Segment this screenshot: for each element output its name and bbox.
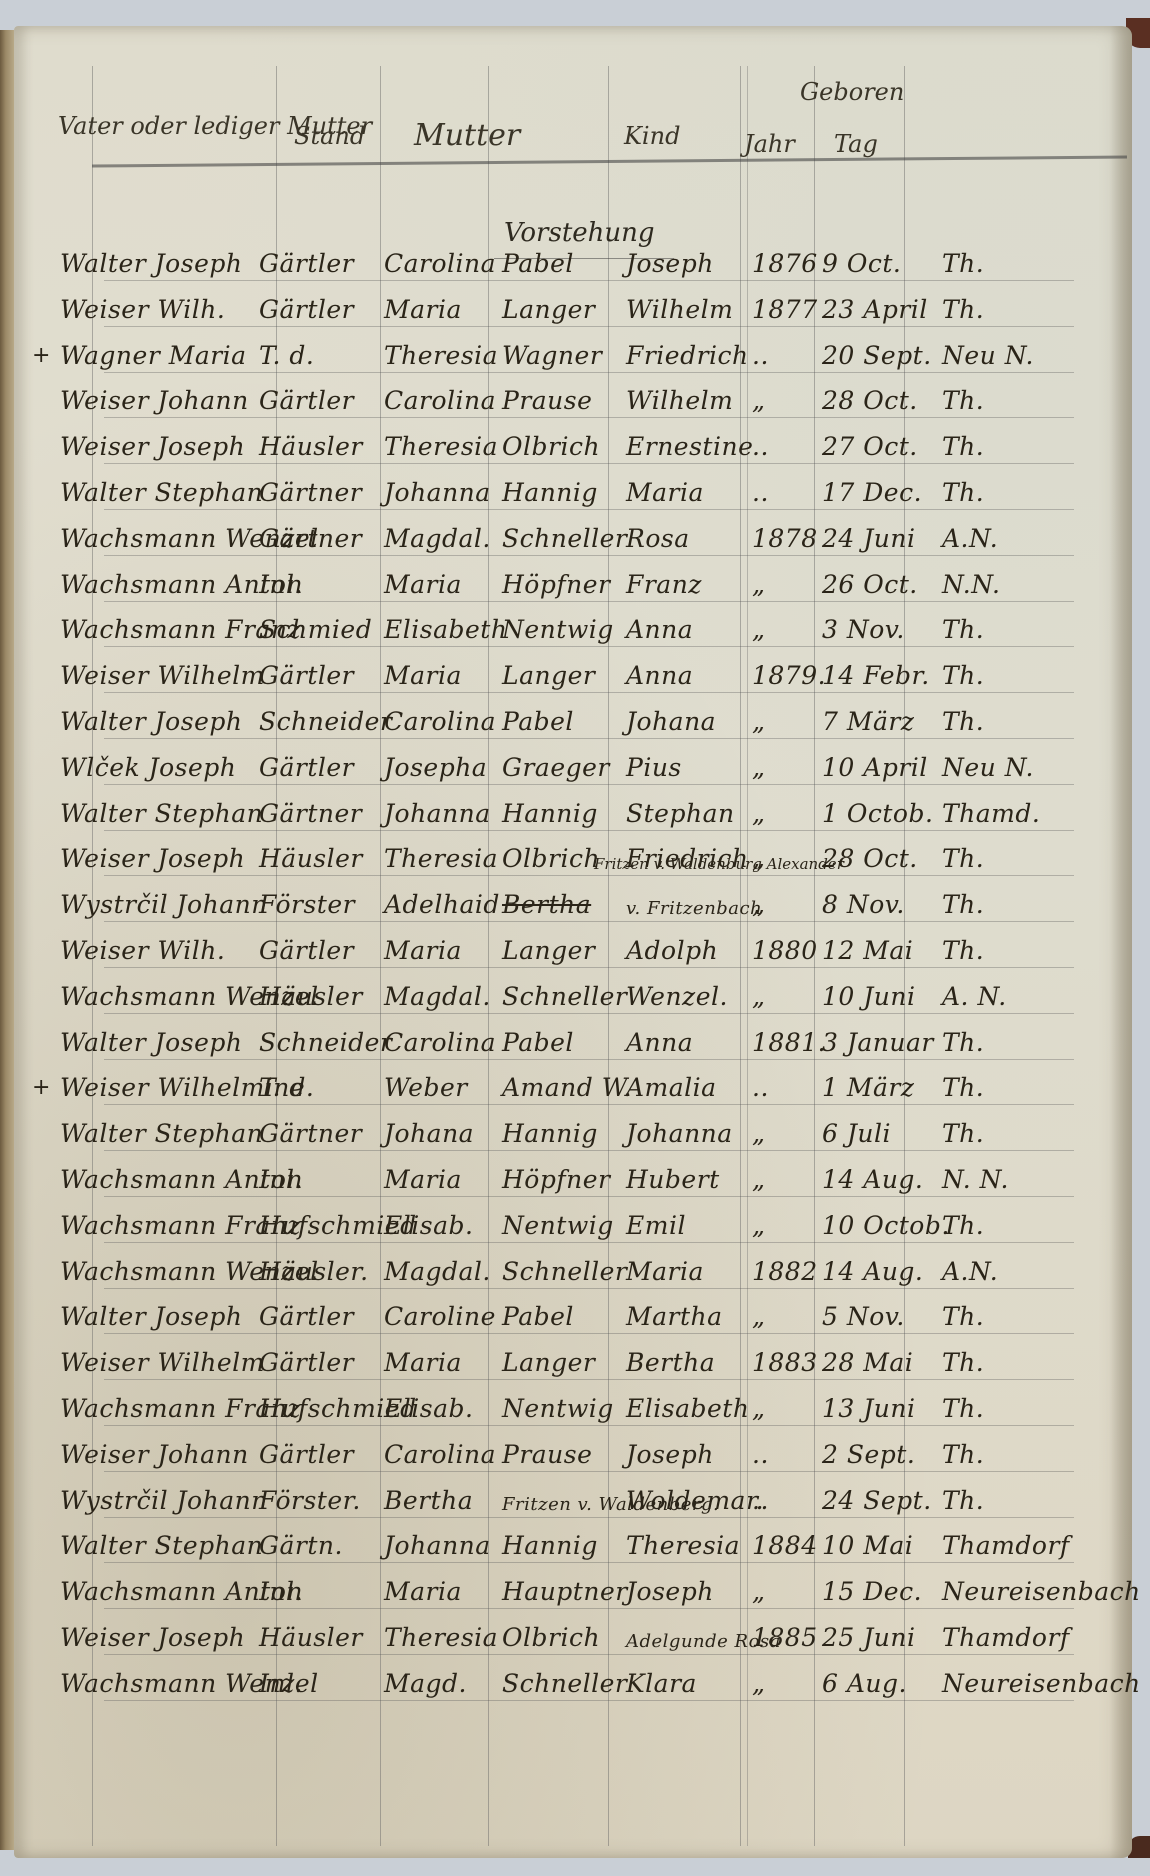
birth-year: .. bbox=[752, 1486, 820, 1515]
mother-first-name: Carolina bbox=[384, 707, 504, 736]
row-marker: + bbox=[32, 343, 50, 368]
birth-place: Th. bbox=[942, 936, 1122, 965]
mother-first-name: Elisabeth bbox=[384, 615, 504, 644]
table-row: Weiser WilhelmGärtlerMariaLangerAnna1879… bbox=[14, 646, 1132, 696]
mother-first-name: Carolina bbox=[384, 386, 504, 415]
birth-place: Thamd. bbox=[942, 799, 1122, 828]
birth-year: „ bbox=[752, 982, 820, 1011]
birth-year: „ bbox=[752, 570, 820, 599]
birth-year: „ bbox=[752, 1211, 820, 1240]
father-occupation: Hufschmied bbox=[259, 1394, 384, 1423]
table-row: Wachsmann AntonInl.MariaHöpfnerFranz„26 … bbox=[14, 555, 1132, 605]
child-name: Elisabeth bbox=[626, 1394, 746, 1423]
birth-year: .. bbox=[752, 1440, 820, 1469]
birth-day: 28 Oct. bbox=[822, 386, 937, 415]
birth-day: 28 Mai bbox=[822, 1348, 937, 1377]
father-name: Weiser Wilhelm bbox=[60, 661, 250, 690]
mother-first-name: Maria bbox=[384, 1165, 504, 1194]
birth-year: 1879. bbox=[752, 661, 820, 690]
birth-day: 2 Sept. bbox=[822, 1440, 937, 1469]
child-name: Woldemar. bbox=[626, 1486, 746, 1515]
mother-first-name: Maria bbox=[384, 570, 504, 599]
father-occupation: Häusler bbox=[259, 432, 384, 461]
birth-day: 27 Oct. bbox=[822, 432, 937, 461]
mother-last-name: Amand W. bbox=[502, 1073, 622, 1102]
table-row: Walter StephanGärtnerJohannaHannigMaria.… bbox=[14, 463, 1132, 513]
row-rule bbox=[104, 1700, 1074, 1701]
birth-year: „ bbox=[752, 1302, 820, 1331]
inserted-correction-note: Fritzen v. Waldenburg Alexander bbox=[594, 855, 844, 873]
father-occupation: Förster bbox=[259, 890, 384, 919]
child-name: Emil bbox=[626, 1211, 746, 1240]
father-name: Wystrčil Johann bbox=[60, 1486, 250, 1515]
table-row: Wlček JosephGärtlerJosephaGraegerPius„10… bbox=[14, 738, 1132, 788]
father-occupation: Gärtler bbox=[259, 936, 384, 965]
father-name: Wachsmann Wenzel bbox=[60, 982, 250, 1011]
mother-last-name: Pabel bbox=[502, 707, 622, 736]
father-occupation: T. d. bbox=[259, 341, 384, 370]
mother-first-name: Elisab. bbox=[384, 1211, 504, 1240]
birth-year: .. bbox=[752, 478, 820, 507]
table-row: Weiser JosephHäuslerTheresiaOlbrichFried… bbox=[14, 829, 1132, 879]
mother-first-name: Carolina bbox=[384, 1440, 504, 1469]
mother-last-name: Prause bbox=[502, 386, 622, 415]
mother-first-name: Magdal. bbox=[384, 524, 504, 553]
father-occupation: Gärtn. bbox=[259, 1531, 384, 1560]
mother-last-name: Hannig bbox=[502, 799, 622, 828]
book-spine-edge bbox=[0, 30, 14, 1850]
father-name: Wachsmann Franz bbox=[60, 1394, 250, 1423]
father-name: Wachsmann Anton bbox=[60, 1165, 250, 1194]
child-name: Wilhelm bbox=[626, 295, 746, 324]
birth-day: 14 Febr. bbox=[822, 661, 937, 690]
child-name: Adolph bbox=[626, 936, 746, 965]
father-occupation: Gärtner bbox=[259, 524, 384, 553]
child-name: Klara bbox=[626, 1669, 746, 1698]
father-name: Wachsmann Wenzel bbox=[60, 1669, 250, 1698]
birth-day: 1 März bbox=[822, 1073, 937, 1102]
father-occupation: Förster. bbox=[259, 1486, 384, 1515]
birth-year: 1877 bbox=[752, 295, 820, 324]
birth-year: 1880 bbox=[752, 936, 820, 965]
table-row: Wachsmann WenzelGärtnerMagdal.SchnellerR… bbox=[14, 509, 1132, 559]
father-name: Wachsmann Franz bbox=[60, 1211, 250, 1240]
table-row: Wachsmann AntonInl.MariaHöpfnerHubert„14… bbox=[14, 1150, 1132, 1200]
table-row: Wachsmann AntonInl.MariaHauptnerJoseph„1… bbox=[14, 1562, 1132, 1612]
father-name: Wagner Maria bbox=[60, 341, 250, 370]
table-row: Weiser JosephHäuslerTheresiaOlbrichErnes… bbox=[14, 417, 1132, 467]
father-name: Wachsmann Franz bbox=[60, 615, 250, 644]
father-occupation: Gärtler bbox=[259, 386, 384, 415]
mother-last-name: Langer bbox=[502, 661, 622, 690]
father-occupation: Inl. bbox=[259, 1165, 384, 1194]
table-row: Wystrčil JohannFörsterAdelhaidBerthav. F… bbox=[14, 875, 1132, 925]
table-row: +Wagner MariaT. d.TheresiaWagnerFriedric… bbox=[14, 326, 1132, 376]
father-occupation: Gärtler bbox=[259, 1348, 384, 1377]
mother-last-name: Hauptner bbox=[502, 1577, 622, 1606]
child-name: Adelgunde Rosa bbox=[626, 1631, 746, 1652]
father-occupation: Schneider bbox=[259, 707, 384, 736]
birth-day: 13 Juni bbox=[822, 1394, 937, 1423]
child-name: Pius bbox=[626, 753, 746, 782]
birth-year: 1881. bbox=[752, 1028, 820, 1057]
father-name: Walter Joseph bbox=[60, 1302, 250, 1331]
birth-place: A. N. bbox=[942, 982, 1122, 1011]
child-name: Anna bbox=[626, 1028, 746, 1057]
birth-day: 10 April bbox=[822, 753, 937, 782]
mother-last-name: Höpfner bbox=[502, 570, 622, 599]
birth-day: 5 Nov. bbox=[822, 1302, 937, 1331]
father-name: Wachsmann Anton bbox=[60, 1577, 250, 1606]
table-row: Weiser Wilh.GärtlerMariaLangerWilhelm187… bbox=[14, 280, 1132, 330]
father-occupation: Häusler bbox=[259, 1623, 384, 1652]
mother-first-name: Carolina bbox=[384, 1028, 504, 1057]
father-occupation: Gärtner bbox=[259, 1119, 384, 1148]
mother-last-name: Langer bbox=[502, 295, 622, 324]
mother-first-name: Maria bbox=[384, 1577, 504, 1606]
mother-first-name: Theresia bbox=[384, 432, 504, 461]
mother-last-name: Prause bbox=[502, 1440, 622, 1469]
mother-first-name: Elisab. bbox=[384, 1394, 504, 1423]
birth-year: „ bbox=[752, 1119, 820, 1148]
mother-first-name: Johanna bbox=[384, 1531, 504, 1560]
mother-first-name: Adelhaid bbox=[384, 890, 504, 919]
mother-first-name: Maria bbox=[384, 661, 504, 690]
mother-first-name: Johanna bbox=[384, 799, 504, 828]
mother-first-name: Magdal. bbox=[384, 1257, 504, 1286]
table-row: Wachsmann WenzelHäusler.Magdal.Schneller… bbox=[14, 1242, 1132, 1292]
table-row: +Weiser WilhelmineT. d.WeberAmand W.Amal… bbox=[14, 1058, 1132, 1108]
table-row: Weiser JosephHäuslerTheresiaOlbrichAdelg… bbox=[14, 1608, 1132, 1658]
child-name: Wilhelm bbox=[626, 386, 746, 415]
birth-year: „ bbox=[752, 753, 820, 782]
birth-day: 10 Octob. bbox=[822, 1211, 937, 1240]
mother-last-name: Langer bbox=[502, 1348, 622, 1377]
birth-place: Thamdorf bbox=[942, 1623, 1122, 1652]
header-born: Geboren bbox=[800, 78, 904, 106]
father-name: Walter Stephan bbox=[60, 1531, 250, 1560]
mother-first-name: Bertha bbox=[384, 1486, 504, 1515]
mother-first-name: Carolina bbox=[384, 249, 504, 278]
table-row: Wachsmann FranzSchmiedElisabethNentwigAn… bbox=[14, 600, 1132, 650]
birth-year: „ bbox=[752, 386, 820, 415]
birth-place: Th. bbox=[942, 249, 1122, 278]
father-occupation: Gärtler bbox=[259, 661, 384, 690]
table-row: Weiser Wilh.GärtlerMariaLangerAdolph1880… bbox=[14, 921, 1132, 971]
birth-day: 6 Juli bbox=[822, 1119, 937, 1148]
table-row: Walter StephanGärtnerJohannaHannigStepha… bbox=[14, 784, 1132, 834]
father-occupation: Gärtler bbox=[259, 753, 384, 782]
child-name: Joseph bbox=[626, 249, 746, 278]
birth-day: 1 Octob. bbox=[822, 799, 937, 828]
father-name: Wachsmann Anton bbox=[60, 570, 250, 599]
father-occupation: Gärtler bbox=[259, 1302, 384, 1331]
birth-year: 1883 bbox=[752, 1348, 820, 1377]
table-row: Wachsmann WenzelInl.Magd.SchnellerKlara„… bbox=[14, 1654, 1132, 1704]
birth-day: 12 Mai bbox=[822, 936, 937, 965]
mother-last-name: Hannig bbox=[502, 1531, 622, 1560]
father-occupation: Häusler bbox=[259, 844, 384, 873]
child-name: Bertha bbox=[626, 1348, 746, 1377]
birth-place: A.N. bbox=[942, 524, 1122, 553]
father-name: Walter Stephan bbox=[60, 478, 250, 507]
table-row: Wystrčil JohannFörster.BerthaFritzen v. … bbox=[14, 1471, 1132, 1521]
father-occupation: Häusler. bbox=[259, 1257, 384, 1286]
birth-day: 23 April bbox=[822, 295, 937, 324]
birth-place: A.N. bbox=[942, 1257, 1122, 1286]
father-occupation: Gärtler bbox=[259, 1440, 384, 1469]
father-occupation: Gärtler bbox=[259, 249, 384, 278]
father-name: Walter Joseph bbox=[60, 249, 250, 278]
mother-last-name: Olbrich bbox=[502, 432, 622, 461]
birth-place: Th. bbox=[942, 1073, 1122, 1102]
header-year: Jahr bbox=[744, 130, 795, 158]
mother-last-name: Pabel bbox=[502, 249, 622, 278]
birth-place: Th. bbox=[942, 1440, 1122, 1469]
birth-place: Th. bbox=[942, 844, 1122, 873]
child-name: Theresia bbox=[626, 1531, 746, 1560]
birth-year: „ bbox=[752, 1577, 820, 1606]
birth-day: 20 Sept. bbox=[822, 341, 937, 370]
table-row: Walter JosephSchneiderCarolinaPabelAnna1… bbox=[14, 1013, 1132, 1063]
mother-first-name: Magd. bbox=[384, 1669, 504, 1698]
birth-place: Th. bbox=[942, 1486, 1122, 1515]
birth-day: 10 Mai bbox=[822, 1531, 937, 1560]
header-child: Kind bbox=[624, 122, 680, 150]
father-name: Weiser Joseph bbox=[60, 1623, 250, 1652]
father-occupation: Inl. bbox=[259, 1577, 384, 1606]
birth-place: Thamdorf bbox=[942, 1531, 1122, 1560]
child-name: Amalia bbox=[626, 1073, 746, 1102]
birth-place: Th. bbox=[942, 615, 1122, 644]
birth-day: 6 Aug. bbox=[822, 1669, 937, 1698]
table-row: Walter JosephGärtlerCarolinaPabelJoseph1… bbox=[14, 234, 1132, 284]
mother-first-name: Maria bbox=[384, 936, 504, 965]
mother-last-name: Hannig bbox=[502, 1119, 622, 1148]
birth-day: 17 Dec. bbox=[822, 478, 937, 507]
child-name: Stephan bbox=[626, 799, 746, 828]
father-name: Wachsmann Wenzel bbox=[60, 524, 250, 553]
birth-place: Neu N. bbox=[942, 341, 1122, 370]
mother-last-name: Fritzen v. Waldenberg. bbox=[502, 1494, 622, 1515]
child-name: Franz bbox=[626, 570, 746, 599]
mother-last-name: Nentwig bbox=[502, 1211, 622, 1240]
mother-last-name: Olbrich bbox=[502, 1623, 622, 1652]
table-row: Walter JosephGärtlerCarolinePabelMartha„… bbox=[14, 1287, 1132, 1337]
mother-first-name: Theresia bbox=[384, 341, 504, 370]
birth-place: N.N. bbox=[942, 570, 1122, 599]
birth-day: 14 Aug. bbox=[822, 1165, 937, 1194]
birth-day: 26 Oct. bbox=[822, 570, 937, 599]
mother-first-name: Johana bbox=[384, 1119, 504, 1148]
mother-first-name: Josepha bbox=[384, 753, 504, 782]
table-row: Walter JosephSchneiderCarolinaPabelJohan… bbox=[14, 692, 1132, 742]
mother-first-name: Maria bbox=[384, 1348, 504, 1377]
father-name: Weiser Johann bbox=[60, 386, 250, 415]
child-name: Hubert bbox=[626, 1165, 746, 1194]
birth-year: 1882 bbox=[752, 1257, 820, 1286]
child-name: Anna bbox=[626, 615, 746, 644]
header-divider bbox=[92, 155, 1127, 167]
birth-place: Th. bbox=[942, 1302, 1122, 1331]
mother-last-name: Graeger bbox=[502, 753, 622, 782]
birth-day: 3 Nov. bbox=[822, 615, 937, 644]
birth-year: „ bbox=[752, 615, 820, 644]
father-occupation: Inl. bbox=[259, 570, 384, 599]
birth-year: „ bbox=[752, 1165, 820, 1194]
birth-year: .. bbox=[752, 1073, 820, 1102]
father-name: Weiser Wilhelmine bbox=[60, 1073, 250, 1102]
birth-place: Th. bbox=[942, 707, 1122, 736]
birth-place: Th. bbox=[942, 1028, 1122, 1057]
birth-place: Neu N. bbox=[942, 753, 1122, 782]
father-name: Walter Stephan bbox=[60, 799, 250, 828]
birth-day: 8 Nov. bbox=[822, 890, 937, 919]
mother-first-name: Theresia bbox=[384, 844, 504, 873]
header-rank: Stand bbox=[294, 122, 365, 150]
birth-place: Th. bbox=[942, 386, 1122, 415]
table-row: Weiser WilhelmGärtlerMariaLangerBertha18… bbox=[14, 1333, 1132, 1383]
child-name: Joseph bbox=[626, 1577, 746, 1606]
birth-day: 3 Januar bbox=[822, 1028, 937, 1057]
mother-last-name: Schneller bbox=[502, 1257, 622, 1286]
father-name: Weiser Wilh. bbox=[60, 936, 250, 965]
register-page: Vater oder lediger Mutter Stand Mutter K… bbox=[14, 26, 1132, 1858]
child-name: Joseph bbox=[626, 1440, 746, 1469]
child-name: Wenzel. bbox=[626, 982, 746, 1011]
father-occupation: Gärtner bbox=[259, 478, 384, 507]
birth-year: .. bbox=[752, 341, 820, 370]
mother-last-name: Langer bbox=[502, 936, 622, 965]
birth-day: 7 März bbox=[822, 707, 937, 736]
father-name: Weiser Wilh. bbox=[60, 295, 250, 324]
father-occupation: Gärtner bbox=[259, 799, 384, 828]
birth-year: .. bbox=[752, 432, 820, 461]
header-day: Tag bbox=[834, 130, 878, 158]
birth-year: „ bbox=[752, 1394, 820, 1423]
birth-day: 24 Sept. bbox=[822, 1486, 937, 1515]
child-name: v. Fritzenbach bbox=[626, 898, 746, 919]
mother-last-name: Nentwig bbox=[502, 615, 622, 644]
birth-year: „ bbox=[752, 799, 820, 828]
birth-year: 1878 bbox=[752, 524, 820, 553]
father-occupation: Hufschmied bbox=[259, 1211, 384, 1240]
child-name: Ernestine bbox=[626, 432, 746, 461]
father-name: Weiser Wilhelm bbox=[60, 1348, 250, 1377]
mother-last-name: Pabel bbox=[502, 1028, 622, 1057]
birth-year: 1884 bbox=[752, 1531, 820, 1560]
mother-last-name: Schneller bbox=[502, 1669, 622, 1698]
birth-place: Neureisenbach bbox=[942, 1577, 1122, 1606]
child-name: Maria bbox=[626, 478, 746, 507]
birth-place: Th. bbox=[942, 890, 1122, 919]
table-row: Wachsmann WenzelHäuslerMagdal.SchnellerW… bbox=[14, 967, 1132, 1017]
birth-place: Th. bbox=[942, 1119, 1122, 1148]
birth-year: 1876 bbox=[752, 249, 820, 278]
father-name: Weiser Johann bbox=[60, 1440, 250, 1469]
birth-year: 1885 bbox=[752, 1623, 820, 1652]
father-name: Walter Joseph bbox=[60, 1028, 250, 1057]
table-row: Wachsmann FranzHufschmiedElisab.NentwigE… bbox=[14, 1196, 1132, 1246]
mother-last-name: Höpfner bbox=[502, 1165, 622, 1194]
table-row: Walter StephanGärtnerJohanaHannigJohanna… bbox=[14, 1104, 1132, 1154]
table-row: Weiser JohannGärtlerCarolinaPrauseJoseph… bbox=[14, 1425, 1132, 1475]
birth-day: 25 Juni bbox=[822, 1623, 937, 1652]
father-name: Wystrčil Johann bbox=[60, 890, 250, 919]
father-name: Weiser Joseph bbox=[60, 844, 250, 873]
mother-first-name: Johanna bbox=[384, 478, 504, 507]
mother-first-name: Maria bbox=[384, 295, 504, 324]
child-name: Friedrich bbox=[626, 341, 746, 370]
birth-day: 9 Oct. bbox=[822, 249, 937, 278]
birth-place: Th. bbox=[942, 1348, 1122, 1377]
row-marker: + bbox=[32, 1075, 50, 1100]
birth-place: Th. bbox=[942, 432, 1122, 461]
child-name: Rosa bbox=[626, 524, 746, 553]
birth-place: Th. bbox=[942, 1394, 1122, 1423]
mother-last-name: Schneller bbox=[502, 982, 622, 1011]
mother-first-name: Caroline bbox=[384, 1302, 504, 1331]
mother-first-name: Weber bbox=[384, 1073, 504, 1102]
father-name: Weiser Joseph bbox=[60, 432, 250, 461]
birth-day: 10 Juni bbox=[822, 982, 937, 1011]
father-name: Walter Joseph bbox=[60, 707, 250, 736]
child-name: Martha bbox=[626, 1302, 746, 1331]
father-occupation: Inl. bbox=[259, 1669, 384, 1698]
mother-last-name: Wagner bbox=[502, 341, 622, 370]
birth-year: „ bbox=[752, 890, 820, 919]
child-name: Johana bbox=[626, 707, 746, 736]
birth-day: 24 Juni bbox=[822, 524, 937, 553]
child-name: Anna bbox=[626, 661, 746, 690]
father-occupation: Schneider bbox=[259, 1028, 384, 1057]
birth-place: N. N. bbox=[942, 1165, 1122, 1194]
mother-first-name: Theresia bbox=[384, 1623, 504, 1652]
father-name: Wachsmann Wenzel bbox=[60, 1257, 250, 1286]
birth-day: 14 Aug. bbox=[822, 1257, 937, 1286]
father-name: Wlček Joseph bbox=[60, 753, 250, 782]
table-row: Wachsmann FranzHufschmiedElisab.NentwigE… bbox=[14, 1379, 1132, 1429]
mother-last-name: Schneller bbox=[502, 524, 622, 553]
mother-last-name: Bertha bbox=[502, 890, 622, 919]
father-occupation: Gärtler bbox=[259, 295, 384, 324]
birth-place: Neureisenbach bbox=[942, 1669, 1122, 1698]
child-name: Johanna bbox=[626, 1119, 746, 1148]
mother-last-name: Pabel bbox=[502, 1302, 622, 1331]
table-row: Weiser JohannGärtlerCarolinaPrauseWilhel… bbox=[14, 371, 1132, 421]
birth-place: Th. bbox=[942, 661, 1122, 690]
father-occupation: Häusler bbox=[259, 982, 384, 1011]
father-occupation: T. d. bbox=[259, 1073, 384, 1102]
birth-place: Th. bbox=[942, 478, 1122, 507]
table-row: Walter StephanGärtn.JohannaHannigTheresi… bbox=[14, 1516, 1132, 1566]
birth-year: „ bbox=[752, 707, 820, 736]
birth-place: Th. bbox=[942, 1211, 1122, 1240]
mother-last-name: Hannig bbox=[502, 478, 622, 507]
child-name: Maria bbox=[626, 1257, 746, 1286]
father-name: Walter Stephan bbox=[60, 1119, 250, 1148]
birth-year: „ bbox=[752, 1669, 820, 1698]
birth-day: 15 Dec. bbox=[822, 1577, 937, 1606]
header-mother: Mutter bbox=[414, 118, 520, 153]
mother-last-name: Nentwig bbox=[502, 1394, 622, 1423]
mother-first-name: Magdal. bbox=[384, 982, 504, 1011]
birth-place: Th. bbox=[942, 295, 1122, 324]
father-occupation: Schmied bbox=[259, 615, 384, 644]
